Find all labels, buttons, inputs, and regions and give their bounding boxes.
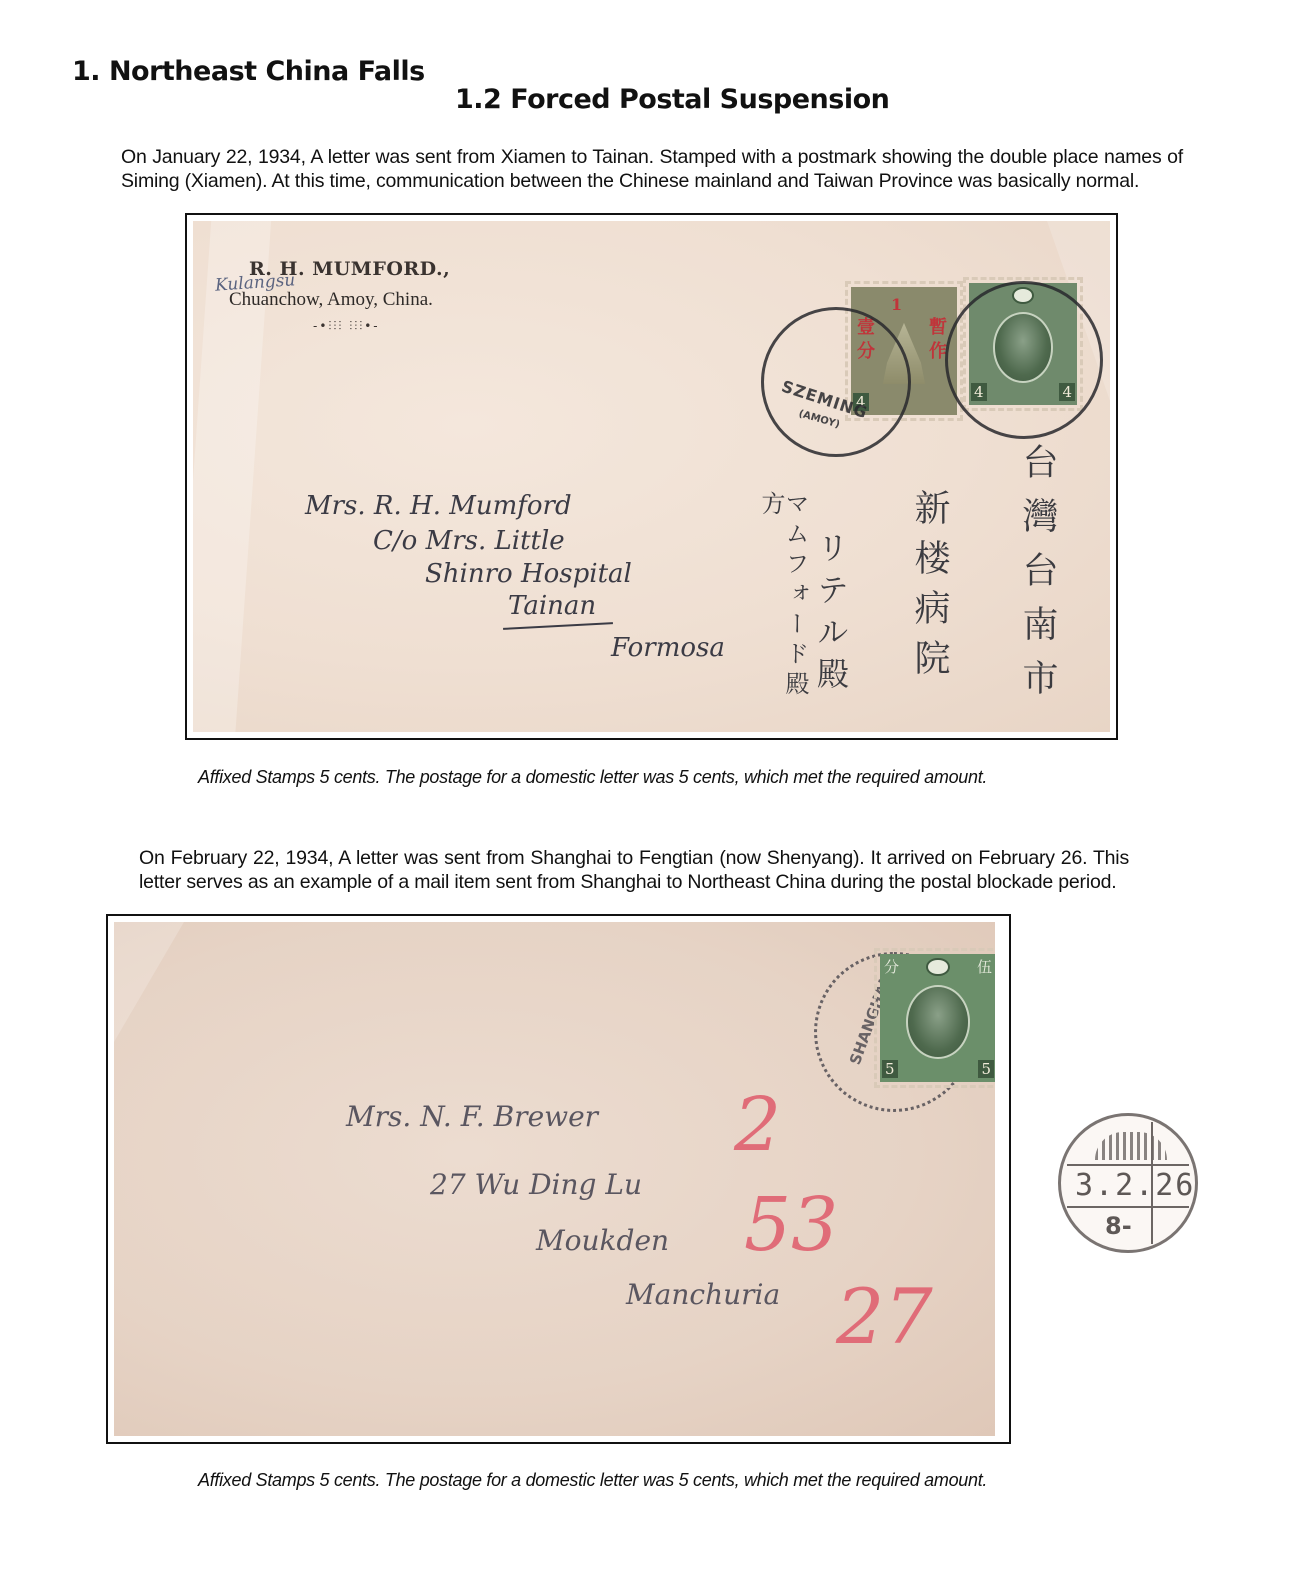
address-line: Mrs. R. H. Mumford: [305, 491, 572, 521]
address-line: 27 Wu Ding Lu: [430, 1168, 642, 1201]
stamp-corner-char: 伍: [977, 956, 992, 977]
red-manuscript-mark: 2: [734, 1082, 781, 1168]
cover-1-envelope-image: R. H. MUMFORD., Kulangsu Chuanchow, Amoy…: [193, 221, 1110, 732]
stamp-value: 5: [882, 1060, 898, 1078]
japanese-address-column: 新楼病院: [911, 489, 947, 689]
address-line: Moukden: [536, 1224, 669, 1257]
stamp-value: 5: [978, 1060, 994, 1078]
address-line: C/o Mrs. Little: [373, 526, 565, 556]
address-line: Shinro Hospital: [425, 559, 632, 589]
letterhead-address: Chuanchow, Amoy, China.: [229, 289, 433, 311]
postmark-bridge-icon: [1095, 1132, 1167, 1160]
cover-2-caption: Affixed Stamps 5 cents. The postage for …: [198, 1470, 987, 1491]
subsection-title: 1.2 Forced Postal Suspension: [455, 84, 889, 115]
section-title: 1. Northeast China Falls: [72, 56, 425, 87]
letterhead-ornament: -•⫶⫶⫶ ⫶⫶⫶•-: [313, 319, 380, 334]
stamp-sun-yat-sen-5c: 分 伍 5 5: [874, 948, 995, 1088]
cover-1-description: On January 22, 1934, A letter was sent f…: [121, 145, 1183, 193]
cover-1-frame: R. H. MUMFORD., Kulangsu Chuanchow, Amoy…: [185, 213, 1118, 740]
cover-2-description: On February 22, 1934, A letter was sent …: [139, 846, 1129, 894]
address-line: Formosa: [611, 633, 725, 663]
sun-emblem-icon: [926, 958, 949, 976]
red-manuscript-mark: 53: [744, 1182, 838, 1268]
portrait-vignette: [906, 985, 971, 1059]
arrival-date: 3.2.26: [1075, 1168, 1195, 1203]
red-manuscript-mark: 27: [836, 1272, 933, 1361]
cover-1-caption: Affixed Stamps 5 cents. The postage for …: [198, 767, 987, 788]
japanese-address-column: マムフォード殿 方: [759, 491, 807, 732]
arrival-postmark-bottom: 8-: [1105, 1212, 1132, 1240]
address-line: Manchuria: [626, 1278, 780, 1311]
japanese-address-column: 台灣台南市: [1019, 443, 1055, 713]
envelope-crease: [114, 922, 184, 1042]
arrival-postmark-detail: 3.2.26 8-: [1058, 1113, 1198, 1253]
szeming-postmark: SZEMING (AMOY): [761, 307, 911, 457]
stamp-corner-char: 分: [884, 956, 899, 977]
overprint-char: 暫: [929, 313, 947, 339]
cover-2-envelope-image: SHANGHAI 分 伍 5 5 Mrs. N. F. Brewer 27 Wu…: [114, 922, 995, 1436]
address-line: Mrs. N. F. Brewer: [346, 1100, 598, 1133]
cover-2-frame: SHANGHAI 分 伍 5 5 Mrs. N. F. Brewer 27 Wu…: [106, 914, 1011, 1444]
second-postmark: [945, 281, 1103, 439]
japanese-address-column: リテル殿: [815, 531, 847, 699]
address-underline: [503, 622, 613, 630]
address-line: Tainan: [508, 591, 596, 621]
